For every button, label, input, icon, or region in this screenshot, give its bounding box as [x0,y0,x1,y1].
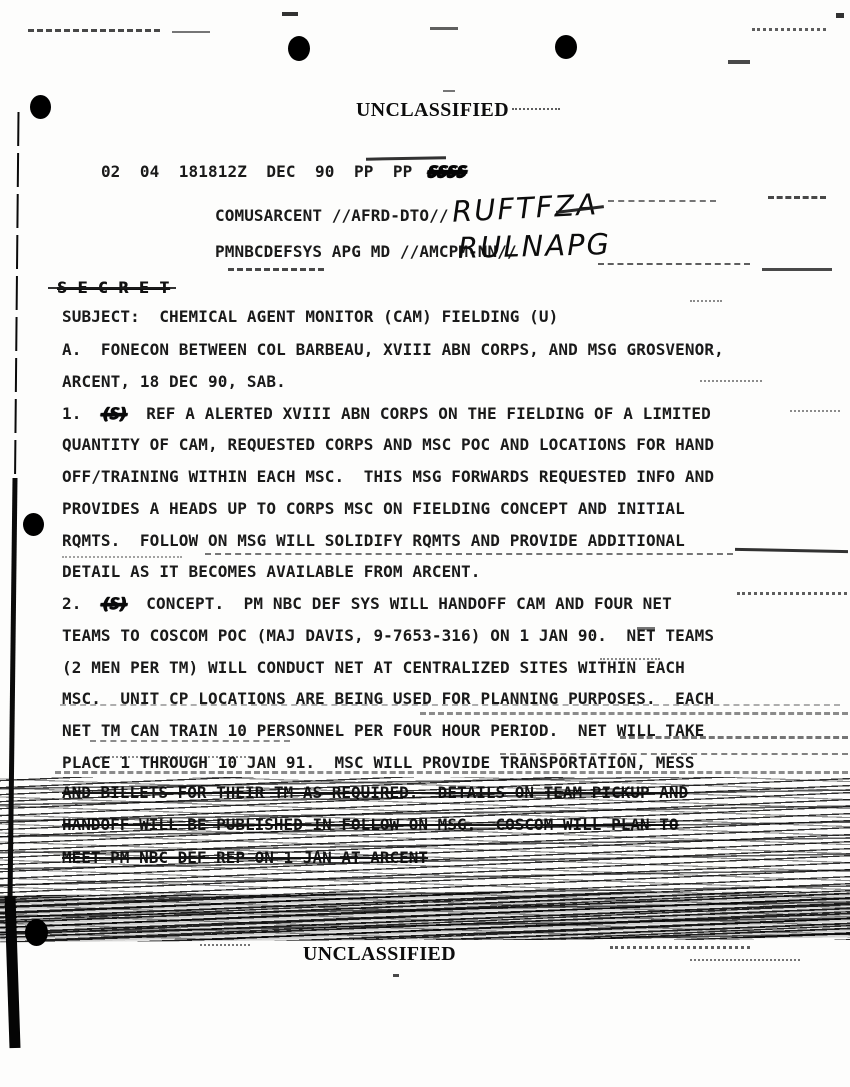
subject-line: SUBJECT: CHEMICAL AGENT MONITOR (CAM) FI… [62,307,558,326]
body-line: A. FONECON BETWEEN COL BARBEAU, XVIII AB… [62,334,724,366]
redacted-line: MEET PM NBC DEF REP ON 1 JAN AT ARCENT [62,842,688,874]
scan-artifact [172,31,210,33]
scan-artifact [610,946,750,949]
scan-artifact [836,13,844,18]
body-line: PROVIDES A HEADS UP TO CORPS MSC ON FIEL… [62,493,724,525]
body-line: TEAMS TO COSCOM POC (MAJ DAVIS, 9-7653-3… [62,620,724,652]
classification-banner-top: UNCLASSIFIED [356,100,509,122]
body-line: (2 MEN PER TM) WILL CONDUCT NET AT CENTR… [62,652,724,684]
body-line: OFF/TRAINING WITHIN EACH MSC. THIS MSG F… [62,461,724,493]
scan-artifact [752,28,826,31]
body-line: DETAIL AS IT BECOMES AVAILABLE FROM ARCE… [62,556,724,588]
scan-artifact [200,944,250,946]
hole-punch [288,36,310,61]
hole-punch [23,513,44,536]
body-line: PLACE 1 THROUGH 10 JAN 91. MSC WILL PROV… [62,747,724,779]
hole-punch [30,95,51,119]
scan-artifact [762,268,832,271]
scan-artifact [768,196,826,199]
scan-artifact [790,410,840,412]
routing-line-text: 02 04 181812Z DEC 90 PP PP [101,162,412,181]
scan-artifact [728,60,750,64]
scan-artifact [690,300,722,302]
redacted-text: AND BILLETS FOR THEIR TM AS REQUIRED. DE… [62,777,688,874]
scanned-document-page: UNCLASSIFIED 02 04 181812Z DEC 90 PP PPS… [0,0,850,1087]
struck-paragraph-marking: (S) [98,588,130,620]
body-line: MSC. UNIT CP LOCATIONS ARE BEING USED FO… [62,683,724,715]
body-line: NET TM CAN TRAIN 10 PERSONNEL PER FOUR H… [62,715,724,747]
struck-paragraph-marking: (S) [98,398,130,430]
message-body: A. FONECON BETWEEN COL BARBEAU, XVIII AB… [62,334,724,779]
scan-artifact [28,29,160,32]
scan-artifact [282,12,298,16]
addressee-line: COMUSARCENT //AFRD-DTO// [215,206,449,225]
strike-line [48,287,176,289]
handwritten-routing-code: RULNAPG [458,227,612,265]
redaction-scribbles-heavy [0,891,850,942]
redacted-line: HANDOFF WILL BE PUBLISHED IN FOLLOW ON M… [62,809,688,841]
body-line: 1. (S) REF A ALERTED XVIII ABN CORPS ON … [62,398,724,430]
scan-artifact [512,108,560,110]
body-line: ARCENT, 18 DEC 90, SAB. [62,366,724,398]
scan-artifact [690,959,800,961]
scan-artifact [735,548,848,553]
body-line: QUANTITY OF CAM, REQUESTED CORPS AND MSC… [62,429,724,461]
redacted-line: AND BILLETS FOR THEIR TM AS REQUIRED. DE… [62,777,688,809]
scan-artifact [430,27,458,30]
body-line: 2. (S) CONCEPT. PM NBC DEF SYS WILL HAND… [62,588,724,620]
classification-banner-bottom: UNCLASSIFIED [303,944,456,966]
scan-artifact [598,263,750,265]
scan-artifact [737,592,847,595]
hole-punch [25,919,48,946]
scan-artifact [228,268,324,271]
scan-artifact [393,974,399,977]
redacted-section: AND BILLETS FOR THEIR TM AS REQUIRED. DE… [0,777,850,940]
hole-punch [555,35,577,59]
scan-artifact [443,90,455,92]
body-line: RQMTS. FOLLOW ON MSG WILL SOLIDIFY RQMTS… [62,525,724,557]
struck-routing-code: SSSS [426,162,469,181]
scan-artifact [608,200,716,202]
routing-line: 02 04 181812Z DEC 90 PP PPSSSS [62,143,467,200]
